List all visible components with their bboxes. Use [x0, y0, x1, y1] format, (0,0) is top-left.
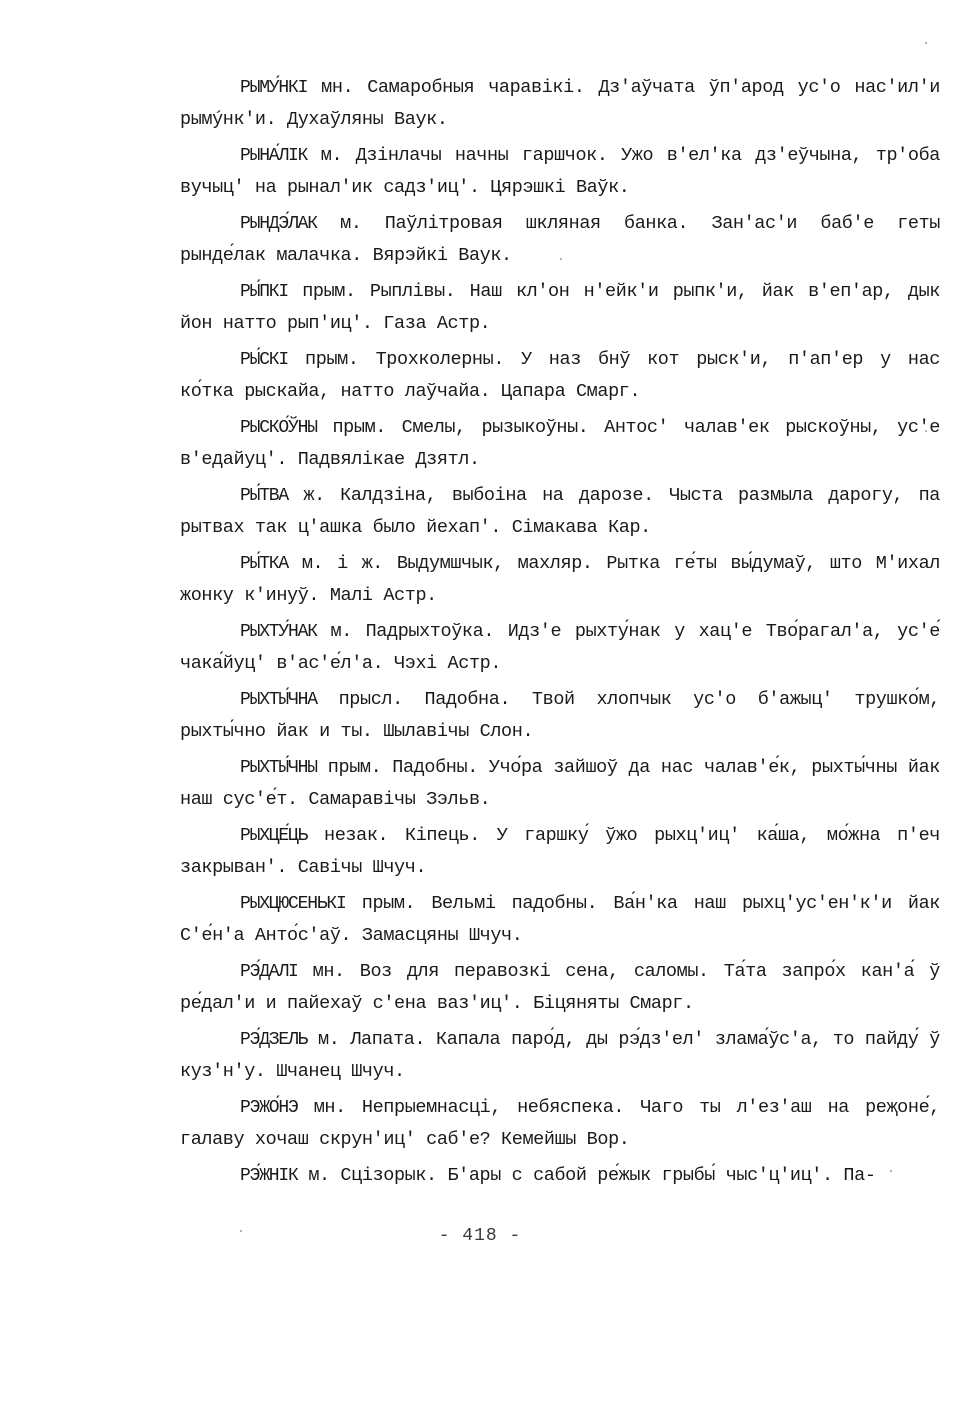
headword: РЫ́СКІ — [240, 350, 288, 370]
dictionary-entry: РЫСКО́ЎНЫ прым. Смелы, рызыкоўны. Антос'… — [180, 412, 940, 476]
dictionary-entry: РЫХТЫ́ЧНА прысл. Падобна. Твой хлопчык у… — [180, 684, 940, 748]
dictionary-page: РЫМУ́НКІ мн. Самаробныя чаравікі. Дз'аўч… — [180, 72, 940, 1196]
headword: РЫХТЫ́ЧНА — [240, 690, 317, 710]
dictionary-entry: РЫХЦЕ́ЦЬ незак. Кіпець. У гаршку́ ўжо ры… — [180, 820, 940, 884]
page-number: - 418 - — [0, 1226, 960, 1246]
headword: РЫ́ТКА — [240, 554, 288, 574]
scan-speck — [240, 1230, 242, 1232]
entry-text: прым. Рыплівы. Наш кл'он н'ейк'и рыпк'и,… — [180, 281, 940, 334]
headword: РЫНДЭ́ЛАК — [240, 214, 317, 234]
entry-text: прым. Трохколерны. У наз бнў кот рыск'и,… — [180, 349, 940, 402]
dictionary-entry: РЫ́ТКА м. і ж. Выдумшчык, махляр. Рытка … — [180, 548, 940, 612]
dictionary-entry: РЭЖО́НЭ мн. Непрыемнасці, небяспека. Чаг… — [180, 1092, 940, 1156]
headword: РЫХТУ́НАК — [240, 622, 317, 642]
dictionary-entry: РЫМУ́НКІ мн. Самаробныя чаравікі. Дз'аўч… — [180, 72, 940, 136]
scan-speck — [890, 1170, 892, 1172]
dictionary-entry: РЫ́ТВА ж. Калдзіна, выбоіна на дарозе. Ч… — [180, 480, 940, 544]
dictionary-entry: РЫХТЫ́ЧНЫ прым. Падобны. Учо́ра зайшоў д… — [180, 752, 940, 816]
headword: РЫХЦЮСЕНЬКІ — [240, 894, 346, 914]
dictionary-entry: РЫНДЭ́ЛАК м. Паўлітровая шкляная банка. … — [180, 208, 940, 272]
dictionary-entry: РЫ́ПКІ прым. Рыплівы. Наш кл'он н'ейк'и … — [180, 276, 940, 340]
dictionary-entry: РЫХТУ́НАК м. Падрыхтоўка. Идз'е рыхту́на… — [180, 616, 940, 680]
dictionary-entry: РЭ́ЖНІК м. Сцізорык. Б'ары с сабой ре́жы… — [180, 1160, 940, 1192]
headword: РЫХТЫ́ЧНЫ — [240, 758, 317, 778]
scan-speck — [560, 258, 562, 260]
dictionary-entry: РЫХЦЮСЕНЬКІ прым. Вельмі падобны. Ва́н'к… — [180, 888, 940, 952]
entry-text: м. Сцізорык. Б'ары с сабой ре́жык грыбы́… — [298, 1165, 876, 1186]
headword: РЫСКО́ЎНЫ — [240, 418, 317, 438]
headword: РЫНА́ЛІК — [240, 146, 307, 166]
headword: РЫ́ПКІ — [240, 282, 288, 302]
headword: РЫХЦЕ́ЦЬ — [240, 826, 307, 846]
scan-speck — [925, 42, 927, 44]
headword: РЭ́ЖНІК — [240, 1166, 298, 1186]
headword: РЭ́ДАЛІ — [240, 962, 298, 982]
scan-speck — [925, 430, 927, 432]
dictionary-entry: РЫНА́ЛІК м. Дзінлачы начны гаршчок. Ужо … — [180, 140, 940, 204]
headword: РЭЖО́НЭ — [240, 1098, 298, 1118]
dictionary-entry: РЭ́ДЗЕЛЬ м. Лапата. Капала паро́д, ды рэ… — [180, 1024, 940, 1088]
entry-text: ж. Калдзіна, выбоіна на дарозе. Чыста ра… — [180, 485, 940, 538]
dictionary-entry: РЫ́СКІ прым. Трохколерны. У наз бнў кот … — [180, 344, 940, 408]
headword: РЭ́ДЗЕЛЬ — [240, 1030, 307, 1050]
headword: РЫ́ТВА — [240, 486, 288, 506]
headword: РЫМУ́НКІ — [240, 78, 307, 98]
dictionary-entry: РЭ́ДАЛІ мн. Воз для перавозкі сена, сало… — [180, 956, 940, 1020]
entry-text: м. і ж. Выдумшчык, махляр. Рытка ге́ты в… — [180, 553, 940, 606]
